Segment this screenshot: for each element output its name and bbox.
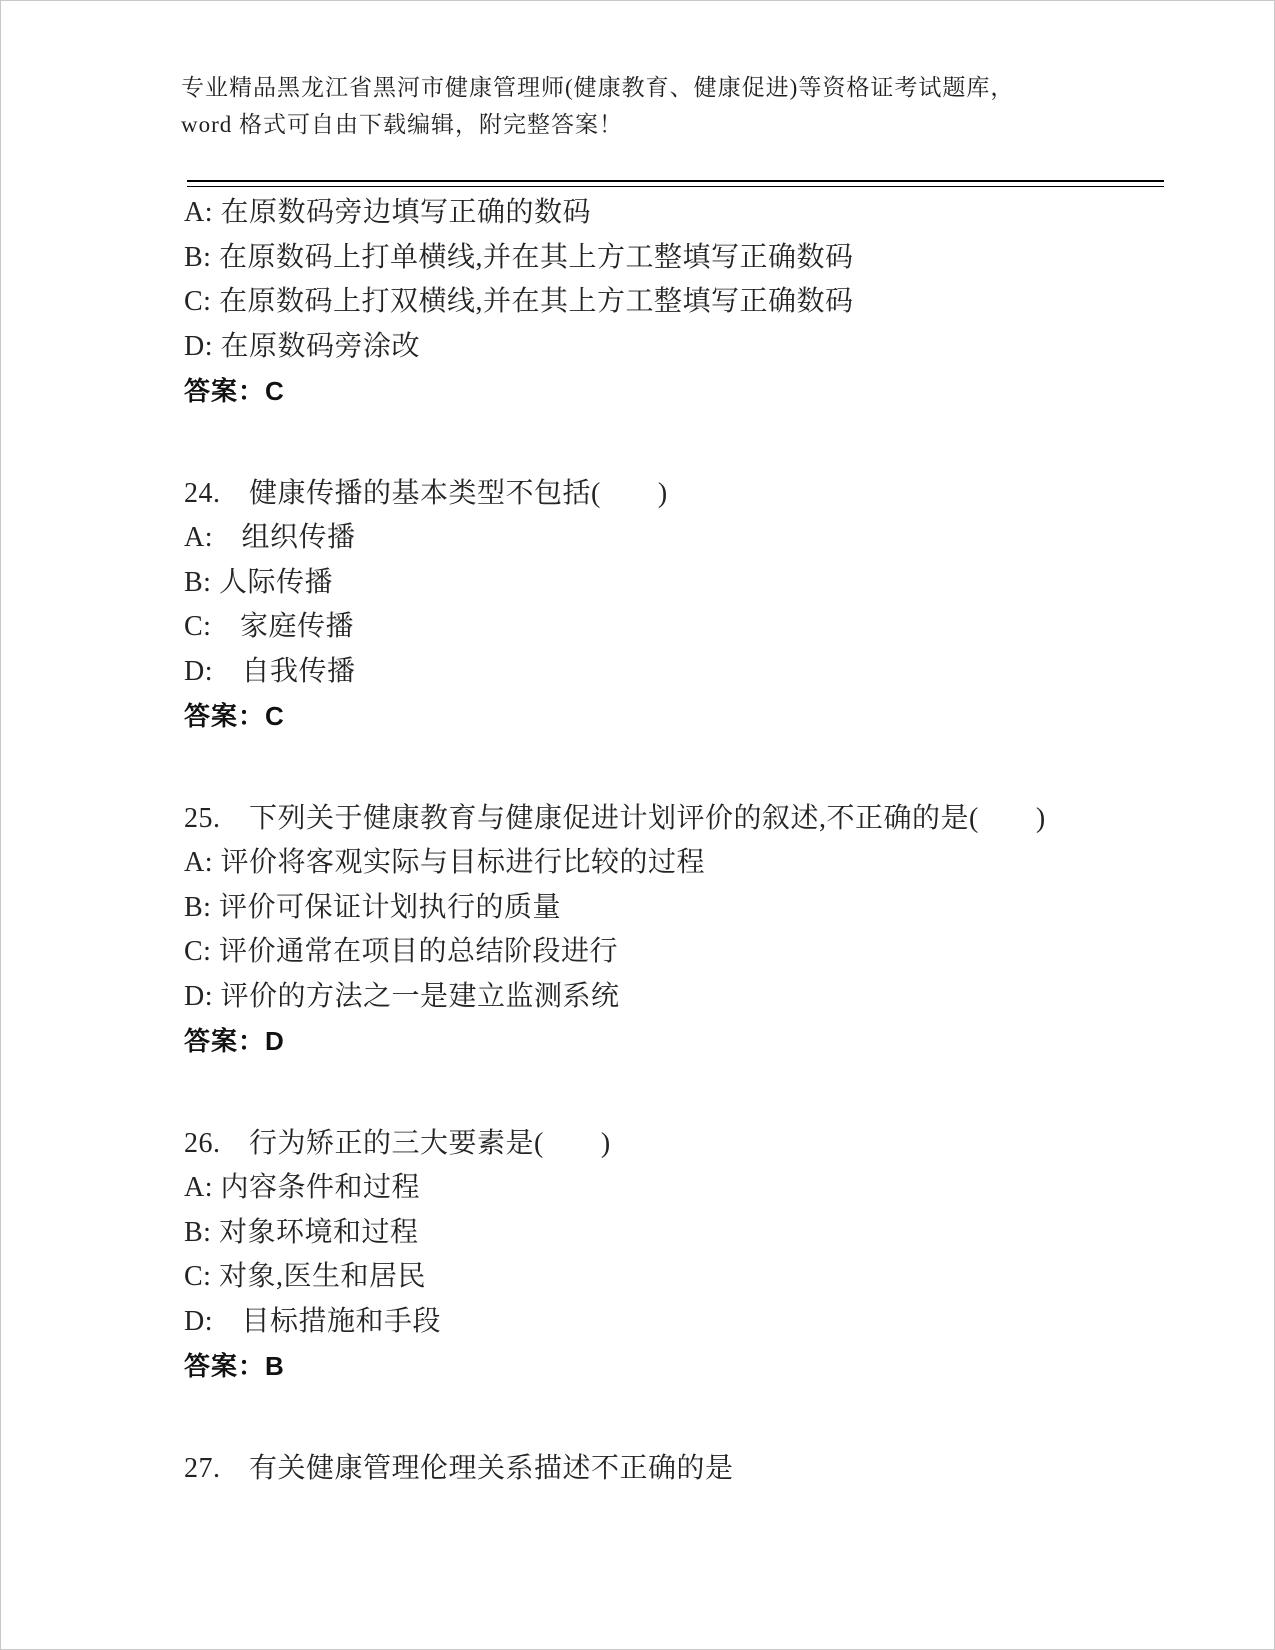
option-line: C: 评价通常在项目的总结阶段进行 bbox=[184, 930, 1194, 975]
option-line: C: 在原数码上打双横线,并在其上方工整填写正确数码 bbox=[184, 280, 1194, 325]
option-line: A: 组织传播 bbox=[184, 516, 1194, 561]
question-stem: 24. 健康传播的基本类型不包括( ) bbox=[184, 472, 1194, 517]
option-line: C: 家庭传播 bbox=[184, 605, 1194, 650]
option-line: B: 评价可保证计划执行的质量 bbox=[184, 886, 1194, 931]
question-block-23-options: A: 在原数码旁边填写正确的数码 B: 在原数码上打单横线,并在其上方工整填写正… bbox=[184, 191, 1194, 414]
option-line: A: 在原数码旁边填写正确的数码 bbox=[184, 191, 1194, 236]
header-line-2: word 格式可自由下载编辑，附完整答案！ bbox=[181, 106, 1141, 143]
option-line: B: 对象环境和过程 bbox=[184, 1211, 1194, 1256]
answer-line: 答案：C bbox=[184, 694, 1194, 739]
option-line: D: 自我传播 bbox=[184, 650, 1194, 695]
header-divider-rule bbox=[187, 180, 1164, 187]
option-line: D: 在原数码旁涂改 bbox=[184, 325, 1194, 370]
document-page: 专业精品黑龙江省黑河市健康管理师(健康教育、健康促进)等资格证考试题库， wor… bbox=[0, 0, 1275, 1650]
option-line: A: 评价将客观实际与目标进行比较的过程 bbox=[184, 841, 1194, 886]
question-block-27: 27. 有关健康管理伦理关系描述不正确的是 bbox=[184, 1447, 1194, 1492]
document-body: A: 在原数码旁边填写正确的数码 B: 在原数码上打单横线,并在其上方工整填写正… bbox=[184, 191, 1194, 1491]
option-line: D: 评价的方法之一是建立监测系统 bbox=[184, 975, 1194, 1020]
question-stem: 25. 下列关于健康教育与健康促进计划评价的叙述,不正确的是( ) bbox=[184, 797, 1194, 842]
question-block-26: 26. 行为矫正的三大要素是( ) A: 内容条件和过程 B: 对象环境和过程 … bbox=[184, 1122, 1194, 1389]
header-line-1: 专业精品黑龙江省黑河市健康管理师(健康教育、健康促进)等资格证考试题库， bbox=[181, 69, 1141, 106]
answer-line: 答案：C bbox=[184, 369, 1194, 414]
option-line: A: 内容条件和过程 bbox=[184, 1166, 1194, 1211]
answer-line: 答案：B bbox=[184, 1344, 1194, 1389]
option-line: B: 人际传播 bbox=[184, 561, 1194, 606]
question-block-24: 24. 健康传播的基本类型不包括( ) A: 组织传播 B: 人际传播 C: 家… bbox=[184, 472, 1194, 739]
question-stem: 27. 有关健康管理伦理关系描述不正确的是 bbox=[184, 1447, 1194, 1492]
answer-line: 答案：D bbox=[184, 1019, 1194, 1064]
question-block-25: 25. 下列关于健康教育与健康促进计划评价的叙述,不正确的是( ) A: 评价将… bbox=[184, 797, 1194, 1064]
option-line: D: 目标措施和手段 bbox=[184, 1300, 1194, 1345]
document-header: 专业精品黑龙江省黑河市健康管理师(健康教育、健康促进)等资格证考试题库， wor… bbox=[181, 69, 1141, 143]
option-line: B: 在原数码上打单横线,并在其上方工整填写正确数码 bbox=[184, 236, 1194, 281]
question-stem: 26. 行为矫正的三大要素是( ) bbox=[184, 1122, 1194, 1167]
option-line: C: 对象,医生和居民 bbox=[184, 1255, 1194, 1300]
